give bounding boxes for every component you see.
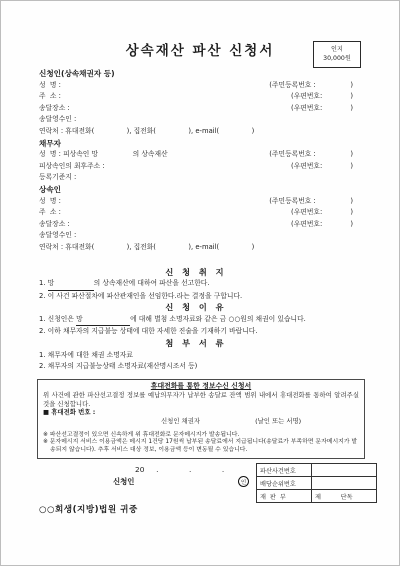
applicant-service-receiver-line: 송달영수인 : [39, 114, 353, 126]
stamp-label: 인지 [314, 45, 360, 54]
field-paren: (우편번호: ) [291, 103, 353, 115]
fill-in-blank: 망 [48, 278, 94, 291]
field-label: 송달장소 : [39, 219, 70, 231]
signature-area: 20 . . . 신청인 인 [113, 465, 249, 487]
sms-notes: ※ 파산선고결정이 있으면 신속하게 위 휴대전화로 문자메시지가 발송됩니다.… [43, 432, 359, 454]
applicant-address-line: 주 소 : (우편번호: ) [39, 91, 353, 103]
section-header-debtor: 채무자 [39, 138, 353, 150]
field-label: 피상속인의 최후주소 : [39, 161, 105, 173]
field-label: 송달영수인 : [39, 114, 76, 126]
sms-notice-box: 휴대전화를 통한 정보수신 신청서 위 사건에 관한 파산선고결정 정보를 예납… [37, 379, 365, 459]
purpose-item-2: 2. 이 사건 파산절차에 파산관재인을 선임한다.라는 결정을 구합니다. [39, 291, 353, 303]
debtor-last-address-line: 피상속인의 최후주소 : (우편번호: ) [39, 161, 353, 173]
case-reference-table: 파산사건번호 배당순위번호 재 판 부 제 단독 [256, 463, 377, 503]
debtor-name-line: 성 명 : 피상속인 망 의 상속재산 (주민등록번호 : ) [39, 149, 353, 161]
dividend-rank-value [312, 477, 377, 490]
field-label: 성 명 : [39, 196, 61, 208]
field-label: 연락처 : 휴대전화( ), 집전화( ), e-mail( ) [39, 126, 254, 138]
reason-item-1: 1. 신청인은 망에 대해 별첨 소명자료와 같은 금 ○○원의 채권이 있습니… [39, 314, 353, 327]
sms-sign-applicant: 신청인 채권자 [161, 417, 200, 426]
heir-address-line: 주 소 : (우편번호: ) [39, 207, 353, 219]
field-paren: (우편번호: ) [291, 161, 353, 173]
attachment-item-1: 1. 채무자에 대한 채권 소명자료 [39, 350, 353, 362]
sms-signature-line: 신청인 채권자 (날인 또는 서명) [43, 417, 359, 426]
fill-in-blank: 망 [76, 314, 130, 327]
field-paren: (주민등록번호 : ) [269, 149, 353, 161]
section-header-attachments: 첨 부 서 류 [39, 338, 353, 350]
section-header-applicant: 신청인(상속채권자 등) [39, 68, 353, 80]
field-paren: (주민등록번호 : ) [269, 80, 353, 92]
sms-phone-number-label: ■ 휴대전화 번호 : [43, 408, 359, 417]
debtor-registry-line: 등록기준지 : [39, 172, 353, 184]
purpose-item-1: 1. 망의 상속재산에 대하여 파산을 선고한다. [39, 278, 353, 291]
field-paren: (우편번호: ) [291, 207, 353, 219]
field-label: 연락처 : 휴대전화( ), 집전화( ), e-mail( ) [39, 242, 254, 254]
heir-contact-line: 연락처 : 휴대전화( ), 집전화( ), e-mail( ) [39, 242, 353, 254]
field-paren: (주민등록번호 : ) [269, 196, 353, 208]
applicant-contact-line: 연락처 : 휴대전화( ), 집전화( ), e-mail( ) [39, 126, 353, 138]
table-row: 배당순위번호 [257, 477, 377, 490]
dividend-rank-label: 배당순위번호 [257, 477, 312, 490]
sms-notice-body: 위 사건에 관한 파산선고결정 정보를 예납의무자가 납부한 송달료 잔액 범위… [43, 391, 359, 407]
section-header-heir: 상속인 [39, 184, 353, 196]
heir-name-line: 성 명 : (주민등록번호 : ) [39, 196, 353, 208]
field-paren: (우편번호: ) [291, 91, 353, 103]
field-label: 주 소 : [39, 207, 61, 219]
seal-icon: 인 [238, 476, 249, 487]
field-label: 성 명 : 피상속인 망 의 상속재산 [39, 149, 168, 161]
sms-sign-seal-note: (날인 또는 서명) [255, 417, 301, 426]
table-row: 재 판 부 제 단독 [257, 490, 377, 503]
heir-service-place-line: 송달장소 : (우편번호: ) [39, 219, 353, 231]
field-label: 송달영수인 : [39, 230, 76, 242]
field-paren: (우편번호: ) [291, 219, 353, 231]
reason-item-2: 2. 이하 채무자의 지급불능 상태에 대한 자세한 진술을 기재하기 바랍니다… [39, 326, 353, 338]
sms-notice-title: 휴대전화를 통한 정보수신 신청서 [43, 382, 359, 392]
form-body: 신청인(상속채권자 등) 성 명 : (주민등록번호 : ) 주 소 : (우편… [1, 68, 399, 459]
table-row: 파산사건번호 [257, 464, 377, 477]
section-header-purpose: 신 청 취 지 [39, 267, 353, 279]
heir-service-receiver-line: 송달영수인 : [39, 230, 353, 242]
applicant-service-place-line: 송달장소 : (우편번호: ) [39, 103, 353, 115]
field-label: 등록기준지 : [39, 172, 76, 184]
field-label: 성 명 : [39, 80, 61, 92]
field-label: 송달장소 : [39, 103, 70, 115]
applicant-signature-row: 신청인 인 [113, 476, 249, 487]
judicial-panel-value: 제 단독 [312, 490, 377, 503]
applicant-signature-label: 신청인 [113, 476, 134, 487]
court-address-line: ○○회생(지방)법원 귀중 [39, 503, 138, 515]
case-number-value [312, 464, 377, 477]
section-header-reasons: 신 청 이 유 [39, 302, 353, 314]
attachment-item-2: 2. 채무자의 지급불능상태 소명자료(재산명시조서 등) [39, 361, 353, 373]
revenue-stamp-box: 인지 30,000원 [313, 41, 361, 68]
field-label: 주 소 : [39, 91, 61, 103]
sms-note-2: ※ 문자메시지 서비스 이용금액은 메시지 1건당 17원씩 납부된 송달료에서… [43, 439, 359, 454]
applicant-name-line: 성 명 : (주민등록번호 : ) [39, 80, 353, 92]
date-line: 20 . . . [113, 465, 249, 474]
stamp-amount: 30,000원 [314, 54, 360, 63]
bankruptcy-application-form: 인지 30,000원 상속재산 파산 신청서 신청인(상속채권자 등) 성 명 … [0, 0, 400, 566]
case-number-label: 파산사건번호 [257, 464, 312, 477]
judicial-panel-label: 재 판 부 [257, 490, 312, 503]
